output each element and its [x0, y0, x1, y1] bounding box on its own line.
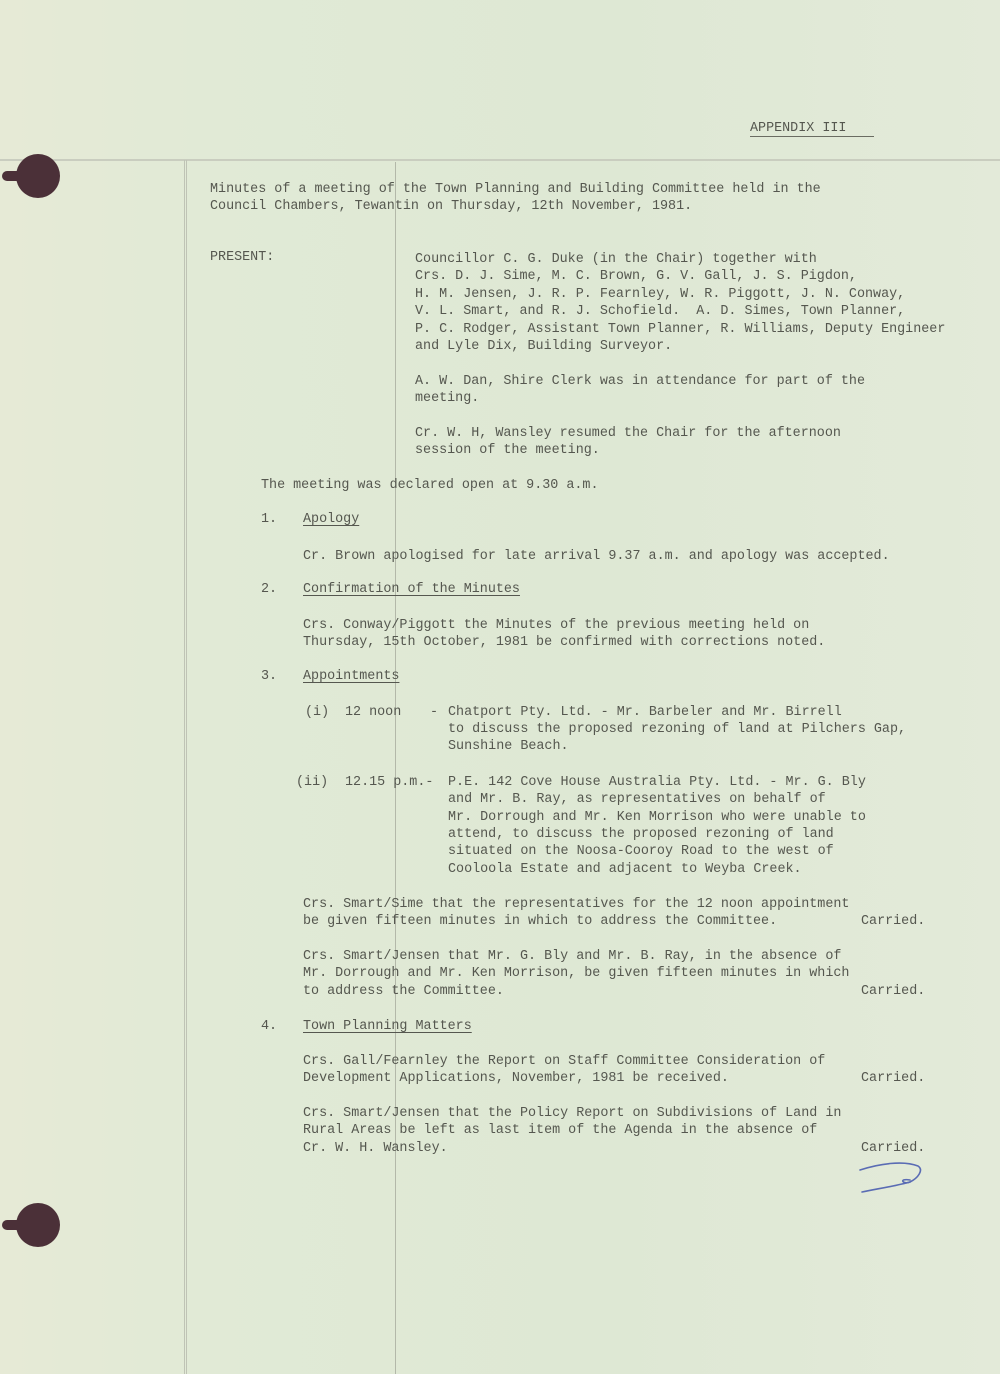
attendee-line: P. C. Rodger, Assistant Town Planner, R.… [415, 321, 945, 338]
resolution-line: Crs. Gall/Fearnley the Report on Staff C… [303, 1053, 825, 1070]
resolution-line: Crs. Smart/Jensen that the Policy Report… [303, 1105, 841, 1122]
clerk-note-line: meeting. [415, 390, 479, 407]
resolution-line: Crs. Smart/Sime that the representatives… [303, 896, 849, 913]
attendee-line: and Lyle Dix, Building Surveyor. [415, 338, 672, 355]
appointment-line: Cooloola Estate and adjacent to Weyba Cr… [448, 861, 802, 878]
chair-note-line: session of the meeting. [415, 442, 600, 459]
item-title-appointments: Appointments [303, 668, 399, 685]
intro-line-2: Council Chambers, Tewantin on Thursday, … [210, 198, 692, 215]
appointment-line: situated on the Noosa-Cooroy Road to the… [448, 843, 834, 860]
appointment-line: and Mr. B. Ray, as representatives on be… [448, 791, 826, 808]
attendee-line: Crs. D. J. Sime, M. C. Brown, G. V. Gall… [415, 268, 857, 285]
appointment-line: Sunshine Beach. [448, 738, 569, 755]
item-title-confirmation: Confirmation of the Minutes [303, 581, 520, 598]
appointment-line: attend, to discuss the proposed rezoning… [448, 826, 834, 843]
item-body-line: Cr. Brown apologised for late arrival 9.… [303, 548, 890, 565]
resolution-line: Rural Areas be left as last item of the … [303, 1122, 817, 1139]
item-number: 3. [261, 668, 277, 685]
binder-hole-top-icon [16, 154, 60, 198]
item-number: 4. [261, 1018, 277, 1035]
resolution-line: Cr. W. H. Wansley. [303, 1140, 448, 1157]
appointment-index: (ii) [296, 774, 328, 791]
page-fold-line [0, 159, 1000, 161]
item-number: 1. [261, 511, 277, 528]
item-title-apology: Apology [303, 511, 359, 528]
resolution-status: Carried. [861, 913, 925, 930]
intro-line-1: Minutes of a meeting of the Town Plannin… [210, 181, 821, 198]
attendee-line: Councillor C. G. Duke (in the Chair) tog… [415, 251, 817, 268]
appointment-separator: - [430, 704, 438, 721]
appointment-index: (i) [305, 704, 329, 721]
appointment-time: 12.15 p.m.- [345, 774, 433, 791]
margin-double-line [184, 160, 187, 1374]
appointment-line: P.E. 142 Cove House Australia Pty. Ltd. … [448, 774, 866, 791]
item-title-town-planning: Town Planning Matters [303, 1018, 472, 1035]
resolution-line: Mr. Dorrough and Mr. Ken Morrison, be gi… [303, 965, 849, 982]
resolution-status: Carried. [861, 983, 925, 1000]
binder-hole-bottom-icon [16, 1203, 60, 1247]
attendee-line: V. L. Smart, and R. J. Schofield. A. D. … [415, 303, 905, 320]
resolution-line: to address the Committee. [303, 983, 504, 1000]
attendee-line: H. M. Jensen, J. R. P. Fearnley, W. R. P… [415, 286, 905, 303]
resolution-line: Development Applications, November, 1981… [303, 1070, 729, 1087]
appointment-time: 12 noon [345, 704, 401, 721]
opening-statement: The meeting was declared open at 9.30 a.… [261, 477, 599, 494]
appointment-line: to discuss the proposed rezoning of land… [448, 721, 906, 738]
resolution-status: Carried. [861, 1070, 925, 1087]
item-number: 2. [261, 581, 277, 598]
clerk-note-line: A. W. Dan, Shire Clerk was in attendance… [415, 373, 865, 390]
appointment-line: Mr. Dorrough and Mr. Ken Morrison who we… [448, 809, 866, 826]
resolution-status: Carried. [861, 1140, 925, 1157]
chair-note-line: Cr. W. H, Wansley resumed the Chair for … [415, 425, 841, 442]
handwritten-initials-icon [858, 1158, 928, 1196]
appendix-underline [750, 136, 874, 137]
item-body-line: Thursday, 15th October, 1981 be confirme… [303, 634, 825, 651]
resolution-line: be given fifteen minutes in which to add… [303, 913, 777, 930]
resolution-line: Crs. Smart/Jensen that Mr. G. Bly and Mr… [303, 948, 841, 965]
appointment-line: Chatport Pty. Ltd. - Mr. Barbeler and Mr… [448, 704, 842, 721]
item-body-line: Crs. Conway/Piggott the Minutes of the p… [303, 617, 809, 634]
margin-crease-line [395, 162, 396, 1374]
appendix-label: APPENDIX III [750, 120, 846, 137]
present-label: PRESENT: [210, 249, 274, 266]
